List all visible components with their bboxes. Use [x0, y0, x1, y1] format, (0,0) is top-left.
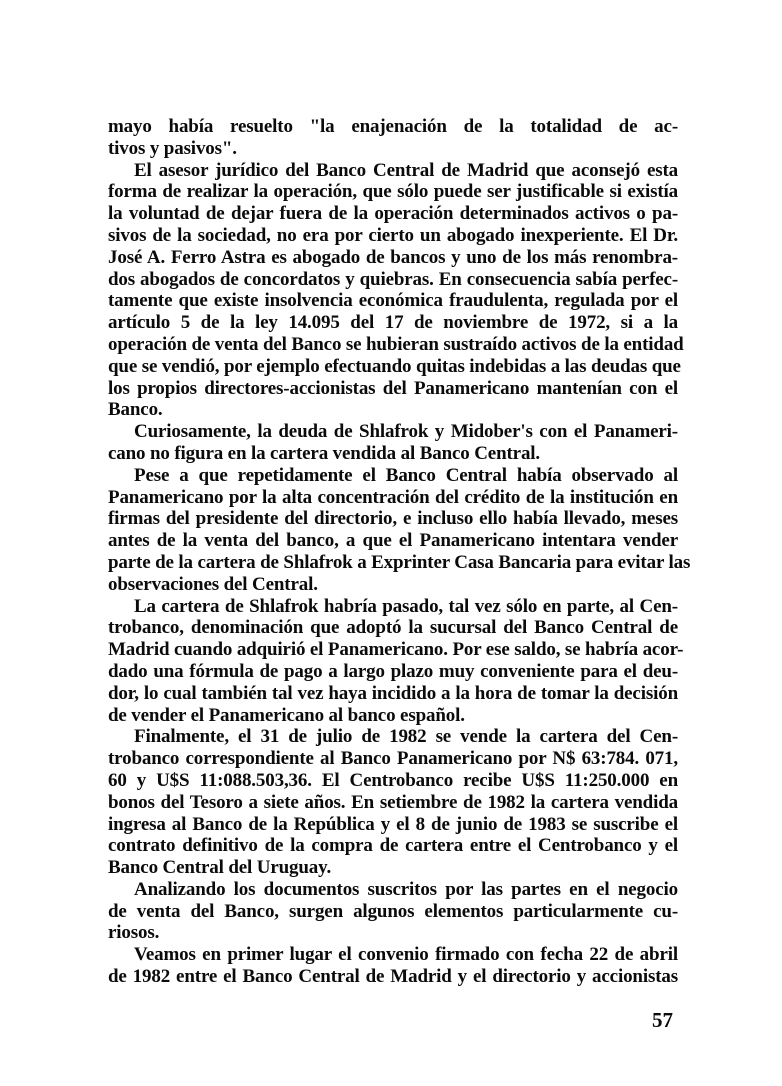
text-line: observaciones del Central. — [108, 574, 678, 596]
text-line: trobanco correspondiente al Banco Paname… — [108, 748, 678, 770]
text-line: firmas del presidente del directorio, e … — [108, 508, 678, 530]
text-line: forma de realizar la operación, que sólo… — [108, 181, 678, 203]
text-line: riosos. — [108, 922, 678, 944]
text-line: bonos del Tesoro a siete años. En setiem… — [108, 792, 678, 814]
text-line: artículo 5 de la ley 14.095 del 17 de no… — [108, 312, 678, 334]
text-line: dos abogados de concordatos y quiebras. … — [108, 269, 678, 291]
text-line: de 1982 entre el Banco Central de Madrid… — [108, 966, 678, 988]
text-line: la voluntad de dejar fuera de la operaci… — [108, 203, 678, 225]
text-line: José A. Ferro Astra es abogado de bancos… — [108, 247, 678, 269]
text-line: trobanco, denominación que adoptó la suc… — [108, 617, 678, 639]
text-line: Pese a que repetidamente el Banco Centra… — [108, 465, 678, 487]
page-number: 57 — [652, 1008, 673, 1033]
text-line: contrato definitivo de la compra de cart… — [108, 835, 678, 857]
text-line: los propios directores-accionistas del P… — [108, 378, 678, 400]
text-line: tamente que existe insolvencia económica… — [108, 290, 678, 312]
text-line: sivos de la sociedad, no era por cierto … — [108, 225, 678, 247]
text-line: Panamericano por la alta concentración d… — [108, 487, 678, 509]
text-line: La cartera de Shlafrok habría pasado, ta… — [108, 596, 678, 618]
text-line: Madrid cuando adquirió el Panamericano. … — [108, 639, 678, 661]
text-line: Banco Central del Uruguay. — [108, 857, 678, 879]
text-line: mayo había resuelto "la enajenación de l… — [108, 116, 678, 138]
page-body: mayo había resuelto "la enajenación de l… — [108, 116, 678, 988]
text-line: de venta del Banco, surgen algunos eleme… — [108, 901, 678, 923]
text-line: antes de la venta del banco, a que el Pa… — [108, 530, 678, 552]
text-line: Finalmente, el 31 de julio de 1982 se ve… — [108, 726, 678, 748]
text-line: ingresa al Banco de la República y el 8 … — [108, 814, 678, 836]
text-line: Analizando los documentos suscritos por … — [108, 879, 678, 901]
text-line: parte de la cartera de Shlafrok a Exprin… — [108, 552, 678, 574]
text-line: Curiosamente, la deuda de Shlafrok y Mid… — [108, 421, 678, 443]
text-line: 60 y U$S 11:088.503,36. El Centrobanco r… — [108, 770, 678, 792]
text-line: cano no figura en la cartera vendida al … — [108, 443, 678, 465]
text-line: dor, lo cual también tal vez haya incidi… — [108, 683, 678, 705]
text-line: El asesor jurídico del Banco Central de … — [108, 160, 678, 182]
text-line: tivos y pasivos". — [108, 138, 678, 160]
text-line: que se vendió, por ejemplo efectuando qu… — [108, 356, 678, 378]
text-line: de vender el Panamericano al banco españ… — [108, 705, 678, 727]
text-line: operación de venta del Banco se hubieran… — [108, 334, 678, 356]
text-line: Veamos en primer lugar el convenio firma… — [108, 944, 678, 966]
text-line: dado una fórmula de pago a largo plazo m… — [108, 661, 678, 683]
text-line: Banco. — [108, 399, 678, 421]
